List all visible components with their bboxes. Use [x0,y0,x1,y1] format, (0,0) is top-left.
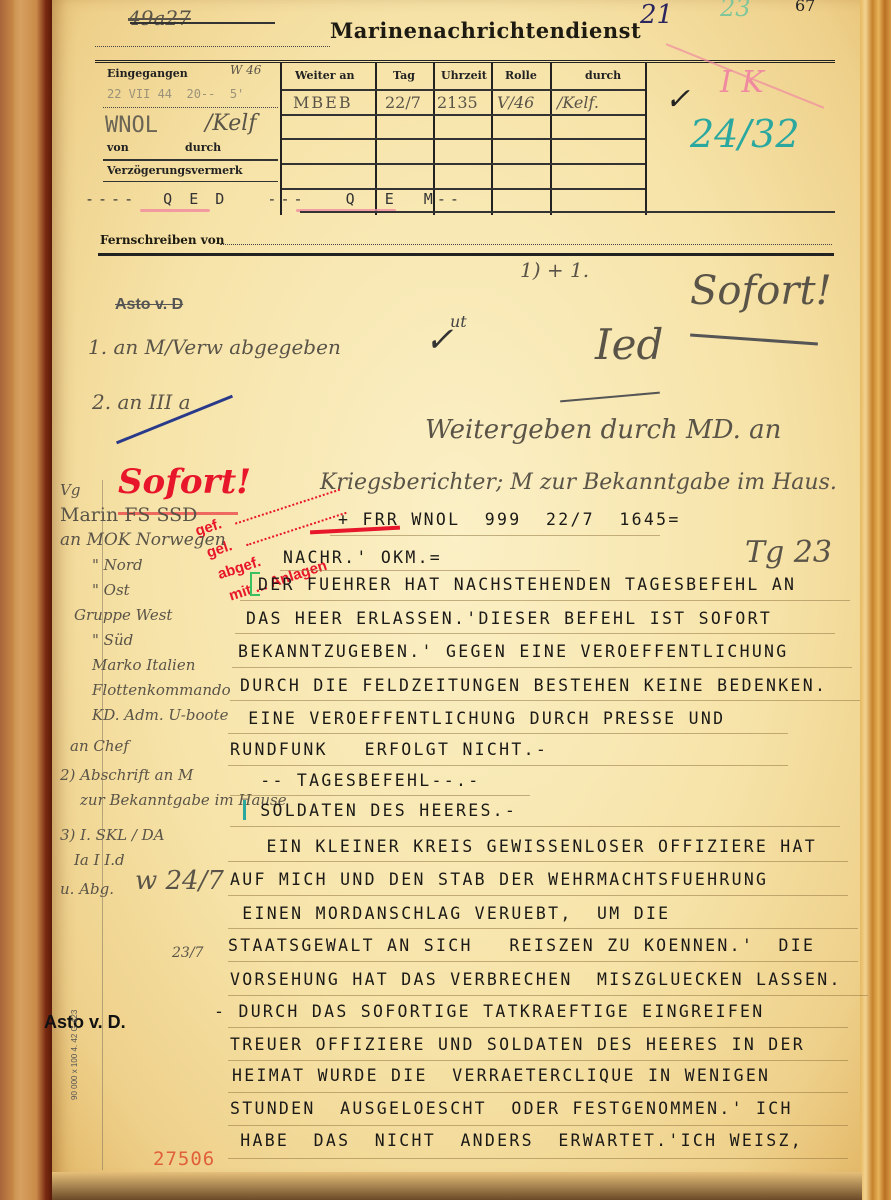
top-mark: 1) + 1. [520,258,589,282]
form-title: Marinenachrichtendienst [330,18,641,43]
strip-edge [228,1092,848,1093]
strike-line [130,22,275,24]
row-divider [282,138,645,140]
column-divider [645,63,647,215]
margin-note: Vg [60,478,287,503]
struck-asto-label: Asto v. D [115,296,183,314]
strip-edge [230,795,530,796]
col-tag: Tag [393,69,415,82]
strip-edge [228,1060,848,1061]
form-print-code: 90 000 x 100 4. 42 G 423 [70,1010,79,1100]
cell-weiter-an: MBEB [293,93,353,112]
title-dotted-line [95,46,330,47]
strip-edge [228,995,868,996]
strip-edge [280,570,580,571]
strip-edge [228,895,848,896]
strip-edge [240,600,850,601]
strip-edge [228,961,858,962]
fernschreiben-rule [98,253,834,256]
green-mark: 23 [720,0,751,22]
divider [103,181,278,182]
cell-tag: 22/7 [385,93,421,112]
handnote-line-2: Kriegsberichter; M zur Bekanntgabe im Ha… [320,468,837,498]
struck-reference-number: 49a27 [128,6,191,30]
telegram-line: STUNDEN AUSGELOESCHT ODER FESTGENOMMEN.'… [230,1099,793,1118]
col-durch: durch [585,69,621,82]
telegram-address: NACHR.' OKM.= [283,548,442,567]
strip-edge [228,733,788,734]
telegram-line: STAATSGEWALT AN SICH REISZEN ZU KOENNEN.… [228,936,815,955]
initials-date: w 24/7 [135,866,224,896]
sofort-handwriting: Sofort! [690,268,832,314]
fernschreiben-label: Fernschreiben von [100,233,224,247]
tg-mark: Tg 23 [745,535,832,570]
telegram-line: RUNDFUNK ERFOLGT NICHT.- [230,740,548,759]
row-divider [282,114,645,116]
telegram-line: SOLDATEN DES HEERES.- [248,801,517,820]
asto-label-bottom: Asto v. D. [44,1012,126,1033]
von-label: von [107,141,129,154]
col-weiter-an: Weiter an [295,69,354,82]
binder-tab [0,0,14,1200]
archive-number: 27506 [153,1148,215,1170]
check-mark: ✓ [665,82,690,117]
margin-note: an MOK Norwegen [60,528,287,553]
telegram-line: BEKANNTZUGEBEN.' GEGEN EINE VEROEFFENTLI… [238,642,789,661]
col-uhrzeit: Uhrzeit [441,69,487,82]
strip-edge [228,1027,848,1028]
handnote-line-1: Weitergeben durch MD. an [425,415,781,445]
routing-item-2: 2. an III a [92,390,191,414]
header-bottom-rule [300,211,835,213]
pink-underline [140,209,210,212]
telegram-line: HEIMAT WURDE DIE VERRAETERCLIQUE IN WENI… [232,1066,770,1085]
margin-rule [102,480,103,1170]
strip-edge [228,861,848,862]
telegram-line: AUF MICH UND DEN STAB DER WEHRMACHTSFUEH… [230,870,768,889]
telegram-line: HABE DAS NICHT ANDERS ERWARTET.'ICH WEIS… [228,1131,803,1150]
eingegangen-stamp: 22 VII 44 20-- 5' [107,87,244,101]
strip-edge [228,928,858,929]
durch-value: /Kelf [205,111,256,136]
strip-edge [232,667,852,668]
page-stack-edge [860,0,891,1200]
row-divider [282,163,645,165]
red-pencil-mark: I K [720,65,764,100]
telegram-line: TREUER OFFIZIERE UND SOLDATEN DES HEERES… [230,1035,805,1054]
eingegangen-label: Eingegangen [107,67,188,80]
q-code-line: ---- Q E D --- Q E M-- [85,190,463,208]
eingegangen-note: W 46 [230,63,261,77]
strip-edge [230,700,860,701]
telegram-line: - DURCH DAS SOFORTIGE TATKRAEFTIGE EINGR… [214,1002,765,1021]
margin-note: Marin FS SSD [60,503,287,528]
ied-handwriting: Ied [595,320,663,369]
telegram-line: VORSEHUNG HAT DAS VERBRECHEN MISZGLUECKE… [230,970,842,989]
eingegangen-dotted-line [103,107,278,108]
strip-edge [228,1125,848,1126]
routing-item-1: 1. an M/Verw abgegeben [88,335,341,359]
strip-edge [235,633,835,634]
verzoegerung-label: Verzögerungsvermerk [107,164,243,177]
divider [103,159,278,161]
green-bracket [250,572,260,596]
telegram-line: DURCH DIE FELDZEITUNGEN BESTEHEN KEINE B… [240,676,827,695]
teal-bracket [243,800,246,820]
strip-edge [230,826,840,827]
telegram-line: DER FUEHRER HAT NACHSTEHENDEN TAGESBEFEH… [258,575,796,594]
strip-edge [228,765,788,766]
strip-edge [330,535,660,536]
fernschreiben-dotted-line [220,244,832,245]
page-number: 67 [795,0,815,15]
durch-label: durch [185,141,221,154]
telegram-header-line: + FRR WNOL 999 22/7 1645= [338,510,681,529]
telegram-line: EIN KLEINER KREIS GEWISSENLOSER OFFIZIER… [242,837,817,856]
cell-durch: /Kelf. [557,93,599,112]
strip-edge [228,1158,848,1159]
col-rolle: Rolle [505,69,537,82]
telegram-line: -- TAGESBEFEHL--.- [248,771,480,790]
telegram-line: EINEN MORDANSCHLAG VERUEBT, UM DIE [230,904,670,923]
cell-rolle: V/46 [497,93,534,112]
von-value: WNOL [105,113,158,138]
telegram-line: EINE VEROEFFENTLICHUNG DURCH PRESSE UND [236,709,725,728]
handwritten-mark-21: 21 [640,0,673,30]
initial-ut: ut [450,312,467,331]
teal-handwriting: 24/32 [690,112,800,156]
date-23-7: 23/7 [172,945,203,961]
row-divider [282,89,645,91]
telegram-line: DAS HEER ERLASSEN.'DIESER BEFEHL IST SOF… [246,609,772,628]
page-bottom-edge [52,1172,862,1200]
cell-uhrzeit: 2135 [437,93,478,112]
